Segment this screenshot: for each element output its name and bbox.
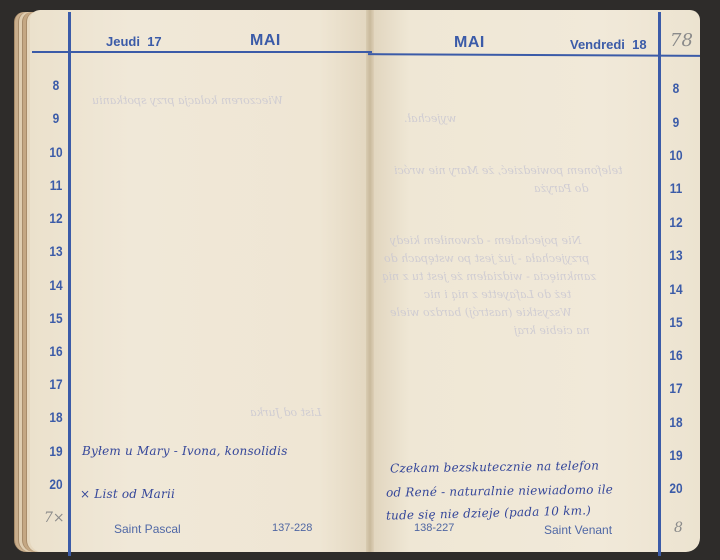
left-day: 17 [147,34,161,49]
hour-label: 18 [43,409,69,425]
right-month: MAI [454,34,485,52]
hour-label: 15 [663,314,689,330]
left-day-count: 137-228 [272,522,312,534]
bleed-through-line: przyjechała - już jest po wstępach do [384,252,589,265]
left-pencil-mark: 7× [44,510,65,526]
hour-label: 14 [43,277,69,293]
hour-label: 17 [663,380,689,396]
hour-label: 19 [663,447,689,463]
left-weekday: Jeudi [106,34,140,49]
right-weekday: Vendredi [570,37,625,52]
hour-label: 17 [43,376,69,392]
left-page [30,10,370,552]
open-diary: Jeudi 17 MAI MAI Vendredi 18 78 8 9 10 1… [14,4,704,556]
right-entry-line-1: Czekam bezskutecznie na telefon [390,459,599,476]
pencil-page-number: 78 [670,30,693,51]
bleed-through-line: Wszystkie (nastrój) bardzo wiele [390,306,572,319]
left-header-rule [32,51,372,53]
bleed-through-line: zamknięcia - widziałem że jest tu z nią [382,270,596,283]
hour-label: 19 [43,443,69,459]
right-day: 18 [632,37,646,52]
left-month: MAI [250,32,281,50]
hour-label: 10 [663,147,689,163]
bleed-through-line: List od Jurka [250,406,322,419]
right-day-count: 138-227 [414,522,454,534]
hour-label: 15 [43,310,69,326]
hour-label: 10 [43,144,69,160]
bleed-through-line: Nie pojechałem - dzwoniłem kiedy [390,234,581,247]
bleed-through-line: na ciebie kraj [514,324,590,337]
hour-label: 20 [43,476,69,492]
bleed-through-line: też do Lafayette z nią i nic [424,288,571,301]
left-entry-19h: Byłem u Mary - Ivona, konsolidis [82,444,288,458]
hour-label: 11 [663,180,689,196]
left-entry-20h: × List od Marii [80,487,175,501]
hour-label: 9 [43,110,69,126]
hour-label: 13 [43,243,69,259]
hour-label: 18 [663,414,689,430]
bleed-through-line: Wieczorem kolacja przy spotkaniu [92,94,283,107]
bleed-through-line: wyjechał. [404,112,456,125]
left-saint-name: Saint Pascal [114,522,181,536]
right-saint-name: Saint Venant [544,523,612,537]
hour-label: 14 [663,281,689,297]
bleed-through-line: telefonem powiedzieć, że Mary nie wróci [394,164,622,177]
hour-label: 20 [663,480,689,496]
hour-label: 11 [43,177,69,193]
hour-label: 12 [43,210,69,226]
hour-label: 8 [663,80,689,96]
hour-label: 9 [663,114,689,130]
hour-label: 8 [43,77,69,93]
hour-label: 12 [663,214,689,230]
hour-label: 16 [663,347,689,363]
bleed-through-line: do Paryża [534,182,588,195]
right-pencil-mark: 8 [674,520,683,536]
right-margin-line [658,12,661,556]
book-gutter [366,10,374,552]
left-weekday-date: Jeudi 17 [106,34,162,49]
hour-label: 13 [663,247,689,263]
hour-label: 16 [43,343,69,359]
right-weekday-date: Vendredi 18 [570,37,647,52]
